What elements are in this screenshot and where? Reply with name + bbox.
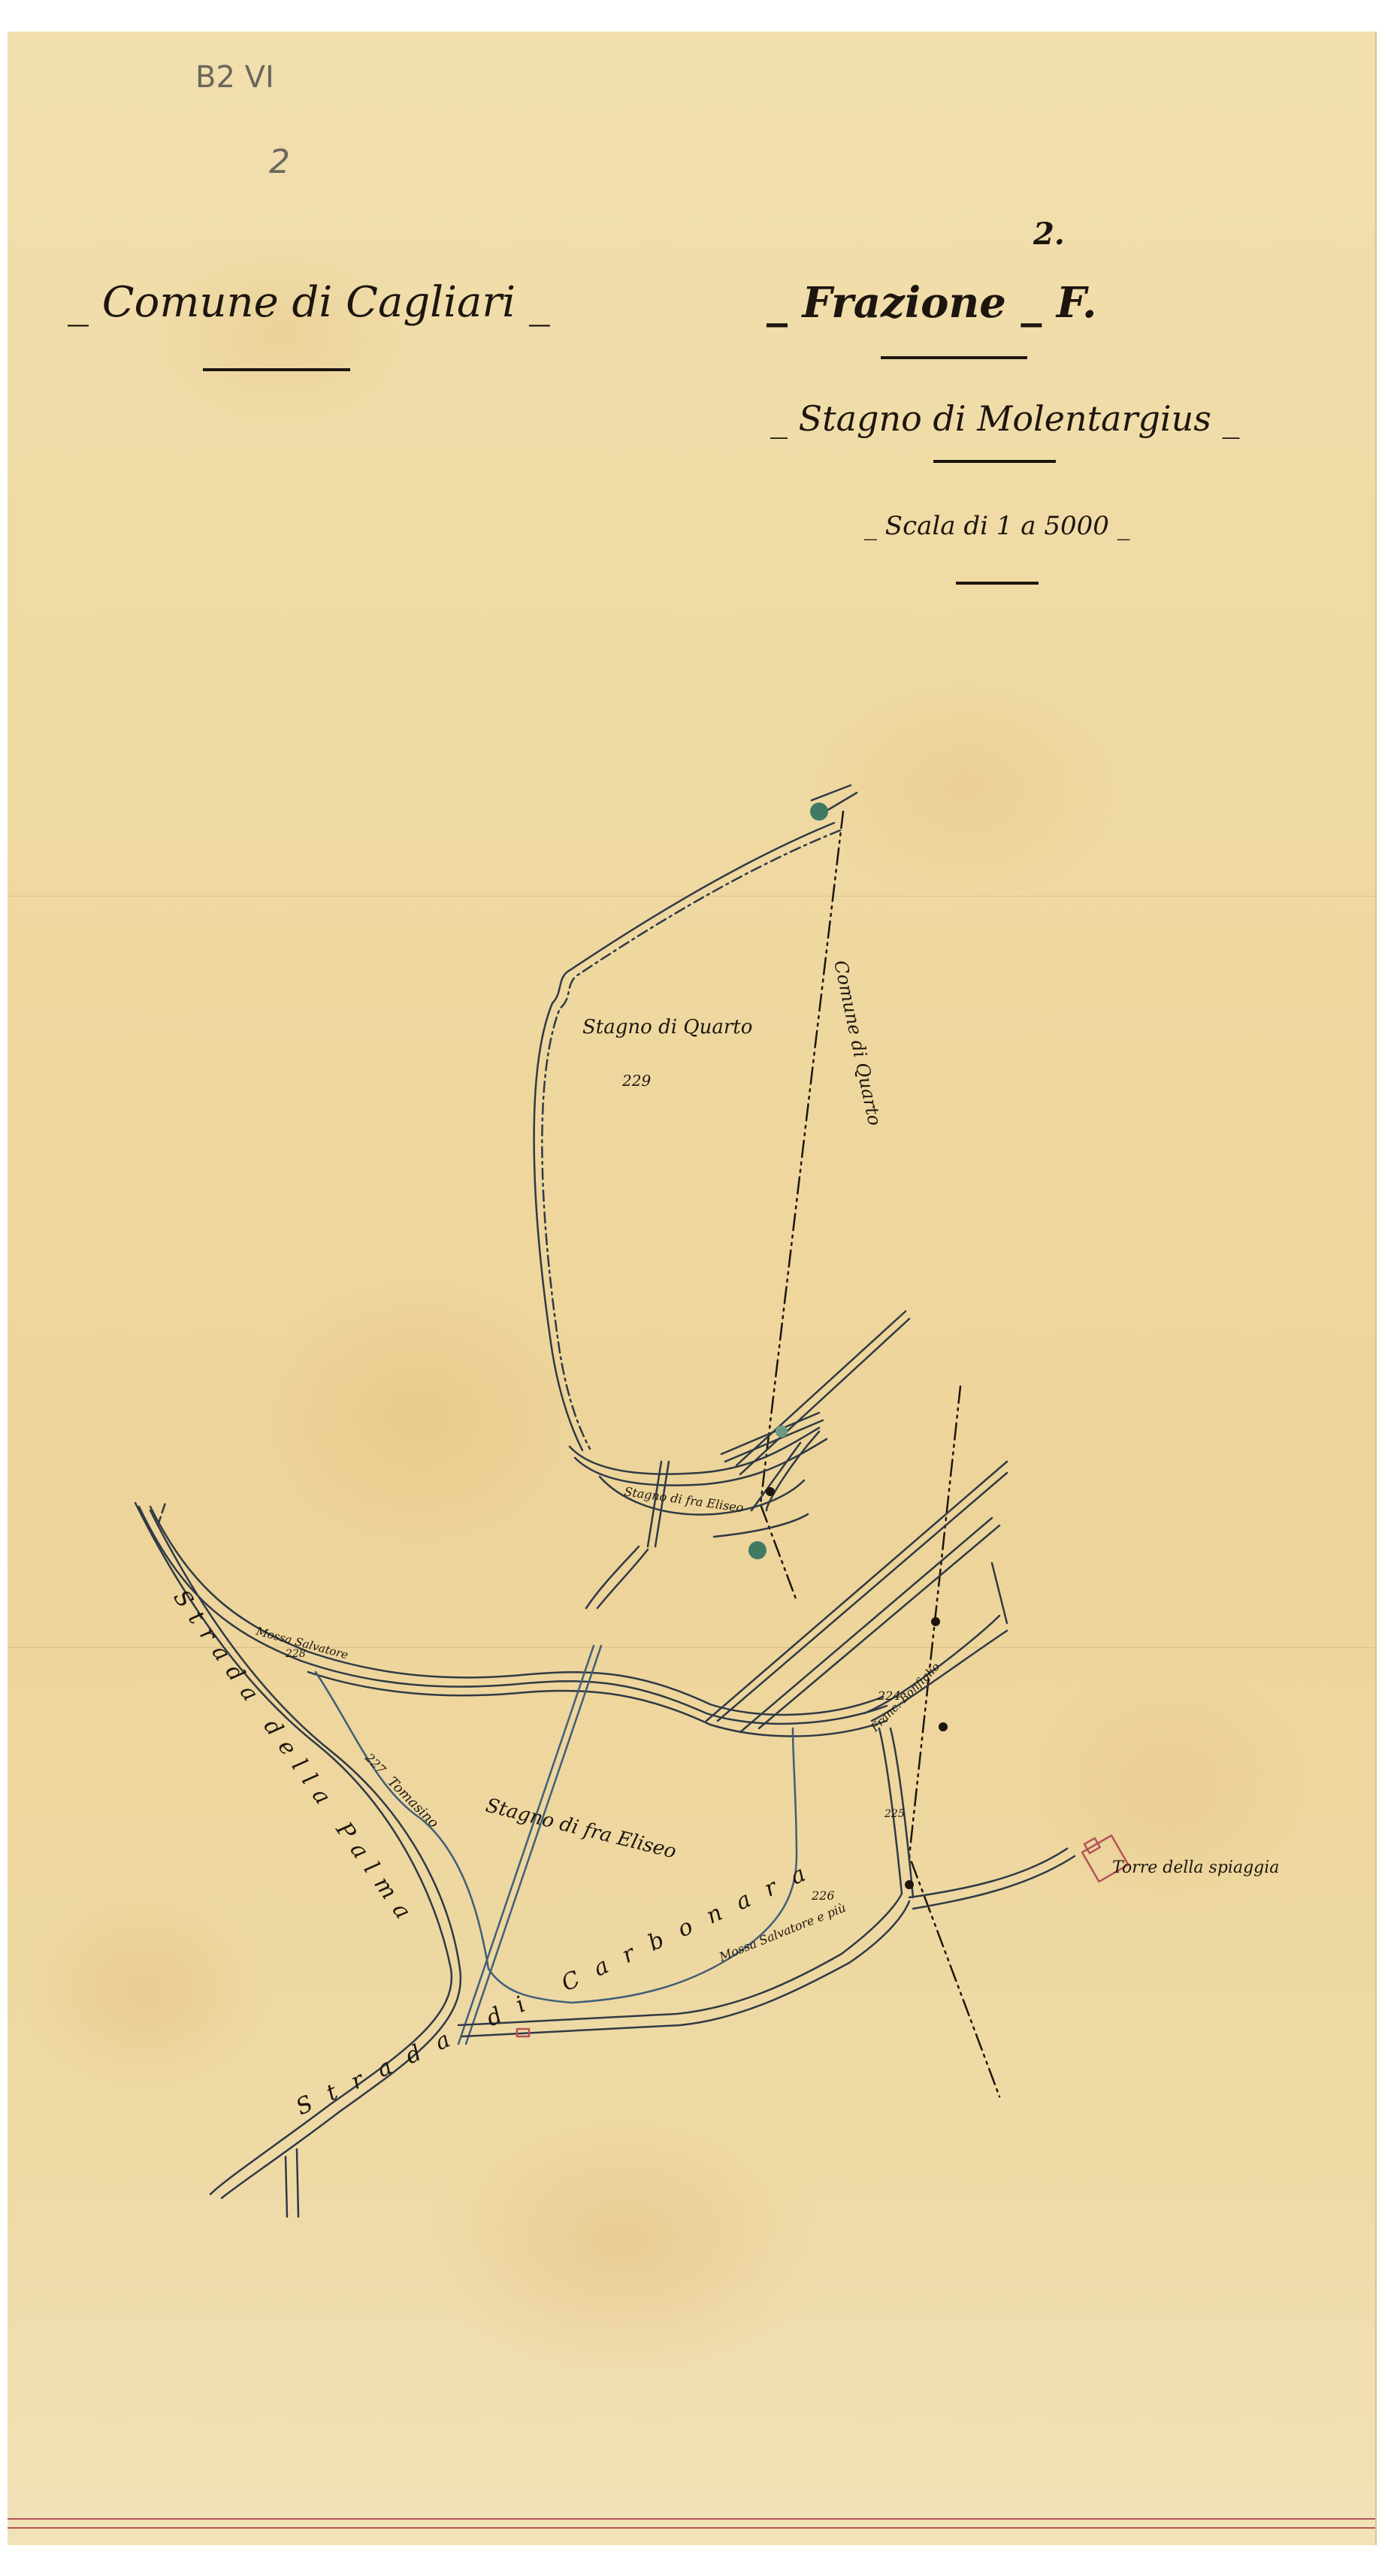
label-parcel-229: 229 xyxy=(621,1072,651,1090)
label-stagno-fra-eliseo-small: Stagno di fra Eliseo xyxy=(623,1484,744,1515)
stagno-quarto-shore xyxy=(534,785,857,1450)
map-drawing: Stagno di Quarto 229 Comune di Quarto St… xyxy=(0,0,1400,2576)
label-parcel-226: 226 xyxy=(811,1888,835,1903)
label-torre-spiaggia: Torre della spiaggia xyxy=(1112,1858,1279,1877)
marker-dot-icon xyxy=(939,1722,948,1731)
label-owner-227: Tomasino xyxy=(384,1774,441,1831)
label-stagno-fra-eliseo: Stagno di fra Eliseo xyxy=(483,1794,679,1864)
small-stagno-roads xyxy=(570,1428,827,1608)
tree-icon xyxy=(776,1426,788,1438)
tree-icon xyxy=(748,1541,767,1559)
tree-icon xyxy=(810,803,828,821)
label-comune-quarto: Comune di Quarto xyxy=(830,958,885,1127)
label-parcel-225: 225 xyxy=(884,1808,905,1820)
road-northeast-long xyxy=(736,1311,909,1474)
label-stagno-quarto: Stagno di Quarto xyxy=(582,1016,752,1039)
marker-dot-icon xyxy=(931,1617,940,1626)
marker-dot-icon xyxy=(905,1880,914,1889)
diagonal-roads-northeast xyxy=(706,1462,1007,1732)
label-strada-carbonara: Strada di Carbonara xyxy=(292,1853,827,2121)
marker-dot-icon xyxy=(766,1487,775,1496)
municipal-boundary-2 xyxy=(909,1386,999,2097)
